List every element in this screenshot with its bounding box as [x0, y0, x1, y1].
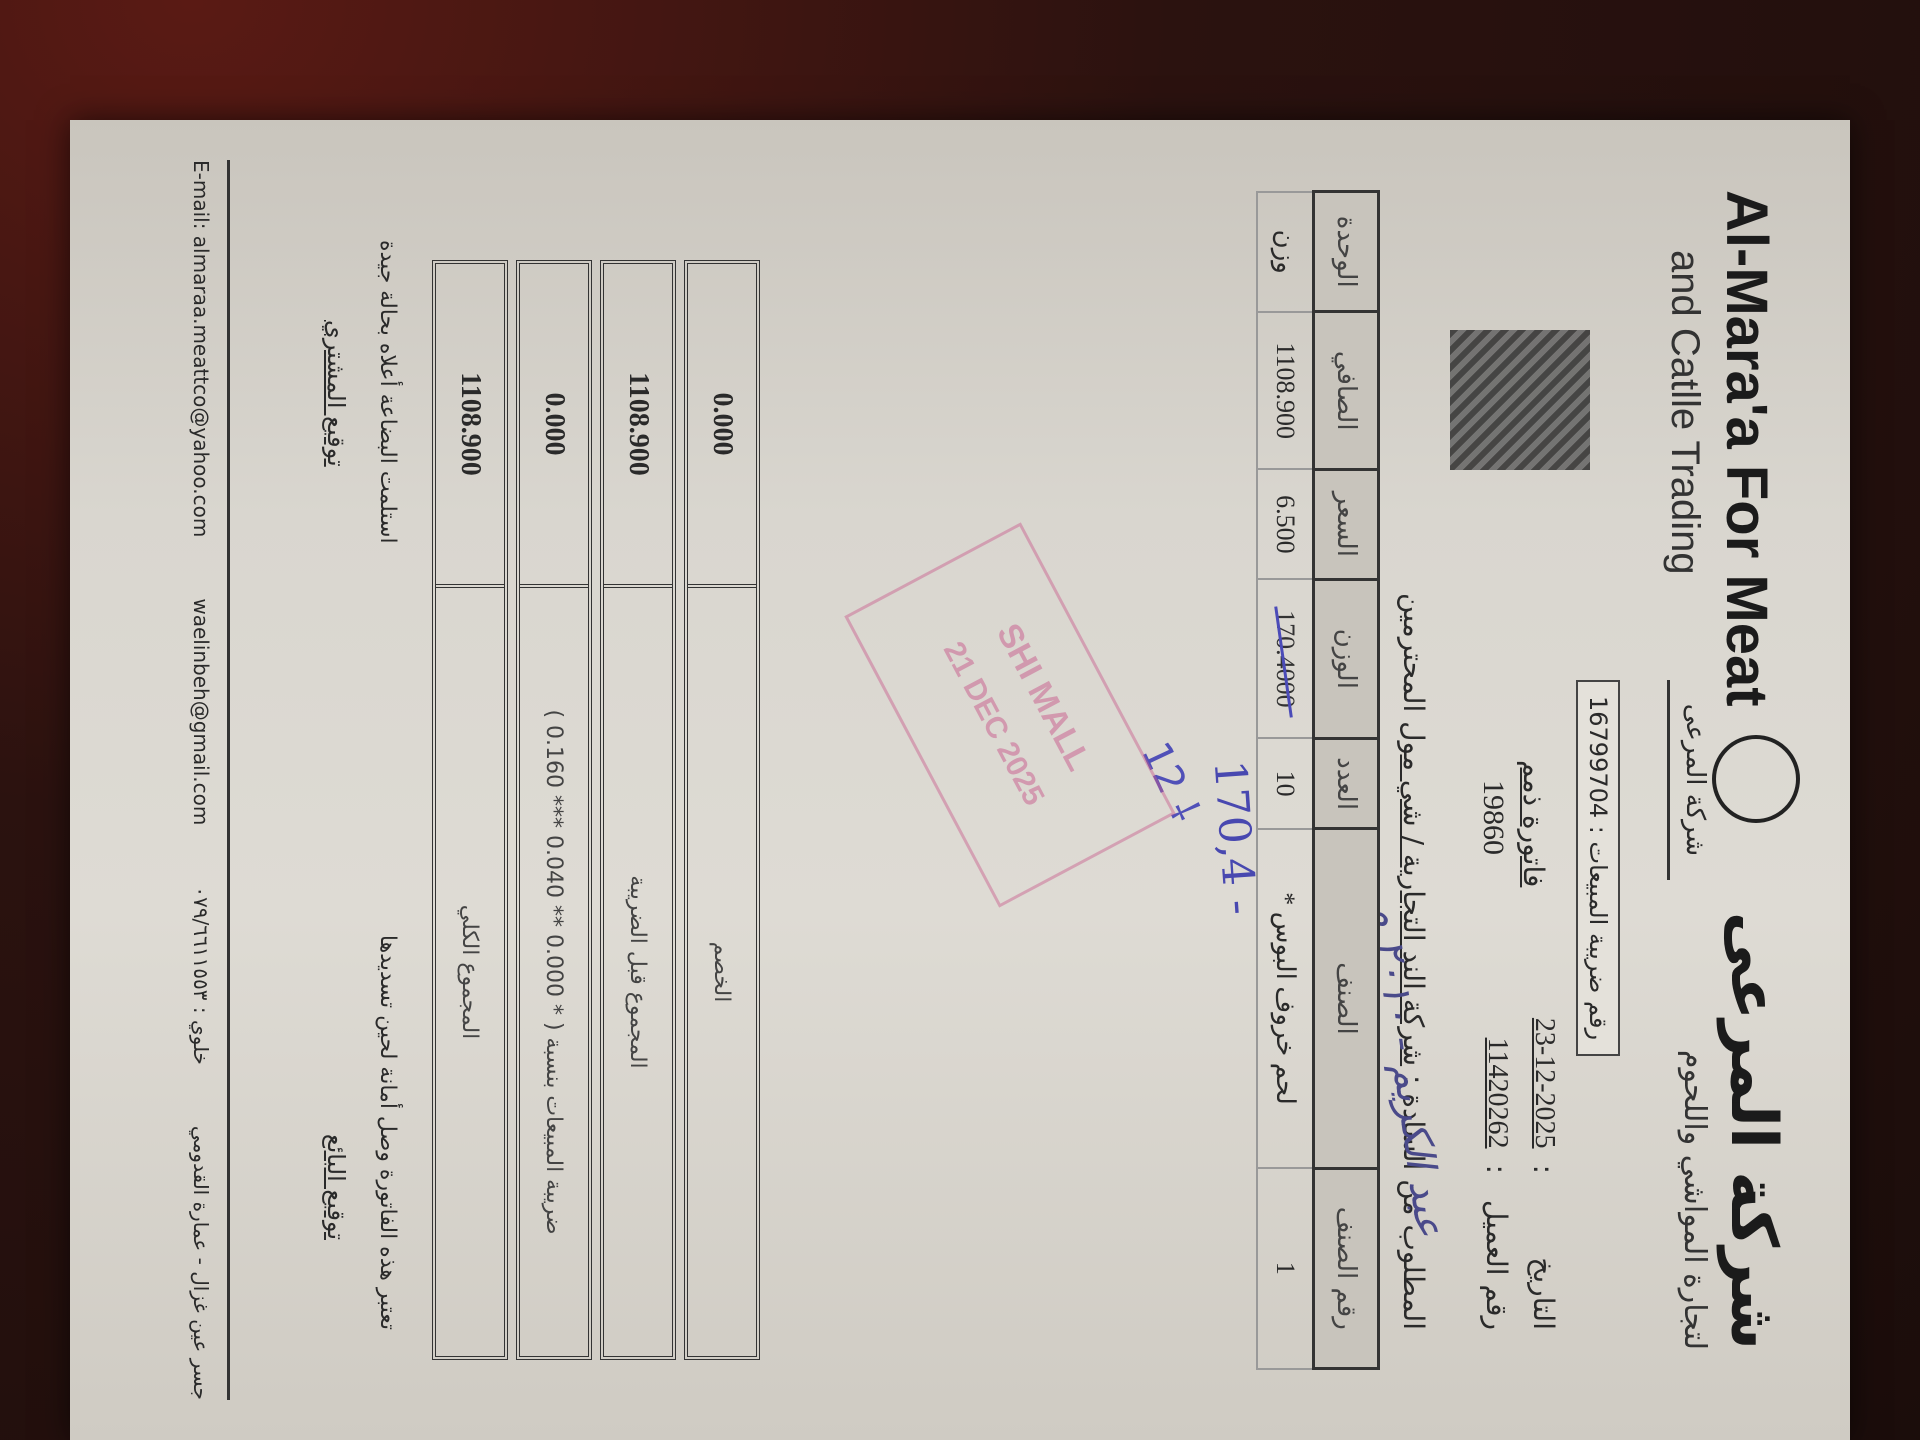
billed-to-suffix: المحترمين	[1397, 593, 1430, 712]
total-value: 0.000	[706, 264, 738, 584]
col-item: الصنف	[1314, 829, 1379, 1168]
company-name-en: Al-Mara'a For Meat and Catlle Trading	[1662, 190, 1780, 707]
col-count: العدد	[1314, 738, 1379, 829]
date-label: التاريخ	[1527, 1190, 1560, 1330]
total-label: الخصم	[688, 584, 756, 1356]
table-row: 1 لحم خروف البوس * 10 170.4000 6.500 110…	[1257, 192, 1314, 1369]
footer-phone: خلوي : ٠٧٩/٦٦١١٥٥٣	[189, 886, 213, 1065]
date-value: 23-12-2025	[1527, 1018, 1560, 1149]
cell-weight: 170.4000	[1257, 579, 1314, 738]
logo-text: شركة المرعى	[1680, 700, 1710, 860]
cell-count: 10	[1257, 738, 1314, 829]
received-note: استلمت البضاعة أعلاه بحالة جيدة	[375, 240, 400, 544]
seller-signature: توقيع البائع	[322, 1134, 350, 1240]
qr-code	[1450, 330, 1590, 470]
total-label: ضريبة المبيعات بنسبة ( * 0.000 ** 0.040 …	[520, 584, 588, 1356]
date-row: التاريخ : 23-12-2025	[1527, 1018, 1560, 1330]
col-price: السعر	[1314, 469, 1379, 579]
cell-unit: وزن	[1257, 192, 1314, 312]
tax-number: 16799704	[1584, 696, 1612, 818]
tax-number-box: رقم ضريبة المبيعات : 16799704	[1576, 680, 1620, 1056]
cell-net: 1108.900	[1257, 312, 1314, 469]
total-row-discount: الخصم 0.000	[684, 260, 760, 1360]
items-table: رقم الصنف الصنف العدد الوزن السعر الصافي…	[1256, 190, 1380, 1370]
received-stamp: SHI MALL 21 DEC 2025	[844, 522, 1176, 907]
total-row-grand: المجموع الكلي 1108.900	[432, 260, 508, 1360]
invoice-number: 19860	[1476, 780, 1510, 855]
cell-item-no: 1	[1257, 1168, 1314, 1368]
total-value: 1108.900	[454, 264, 486, 584]
footer-email1: E-mail: almaraa.meattco@yahoo.com	[189, 160, 213, 537]
footer-email2: waelinbeh@gmail.com	[189, 598, 213, 825]
buyer-signature: توقيع المشتري	[322, 320, 350, 467]
col-net: الصافي	[1314, 312, 1379, 469]
customer-no-label: رقم العميل	[1480, 1190, 1513, 1330]
total-row-tax: ضريبة المبيعات بنسبة ( * 0.000 ** 0.040 …	[516, 260, 592, 1360]
company-name-ar-title: شركة المرعى	[1716, 912, 1790, 1350]
logo-emblem-icon	[1712, 735, 1800, 823]
handwritten-weight: 170,4 -	[1204, 758, 1266, 916]
colon: :	[1527, 1165, 1560, 1174]
col-unit: الوحدة	[1314, 192, 1379, 312]
company-logo: شركة المرعى	[1640, 680, 1800, 880]
company-subtitle-ar: لتجارة المواشي واللحوم	[1677, 912, 1712, 1350]
items-header-row: رقم الصنف الصنف العدد الوزن السعر الصافي…	[1314, 192, 1379, 1369]
invoice-note: تعتبر هذه الفاتورة وصل أمانة لحين تسديده…	[375, 935, 400, 1330]
customer-no-row: رقم العميل : 11420262	[1480, 1018, 1513, 1330]
invoice-meta: التاريخ : 23-12-2025 رقم العميل : 114202…	[1466, 1018, 1560, 1330]
totals-box: الخصم 0.000 المجموع قبل الضريبة 1108.900…	[424, 260, 760, 1360]
total-value: 1108.900	[622, 264, 654, 584]
total-label: المجموع قبل الضريبة	[604, 584, 672, 1356]
logo-divider	[1667, 680, 1670, 880]
company-name-ar: شركة المرعى لتجارة المواشي واللحوم	[1677, 912, 1790, 1350]
col-weight: الوزن	[1314, 579, 1379, 738]
company-name-en-line2: and Catlle Trading	[1662, 190, 1707, 707]
tax-number-label: رقم ضريبة المبيعات :	[1584, 826, 1612, 1040]
col-item-no: رقم الصنف	[1314, 1168, 1379, 1368]
invoice-paper: Al-Mara'a For Meat and Catlle Trading شر…	[70, 120, 1850, 1440]
total-value: 0.000	[538, 264, 570, 584]
customer-no-value: 11420262	[1480, 1038, 1513, 1149]
cell-price: 6.500	[1257, 469, 1314, 579]
total-row-subtotal: المجموع قبل الضريبة 1108.900	[600, 260, 676, 1360]
cell-item: لحم خروف البوس *	[1257, 829, 1314, 1168]
colon: :	[1480, 1165, 1513, 1174]
footer-address: جسر عين غزال - عمارة القدومي	[189, 1126, 213, 1400]
footer: E-mail: almaraa.meattco@yahoo.com waelin…	[189, 160, 230, 1400]
invoice-title: فاتورة ذمم	[1517, 760, 1550, 887]
company-name-en-line1: Al-Mara'a For Meat	[1713, 190, 1780, 707]
weight-struck: 170.4000	[1271, 610, 1300, 708]
total-label: المجموع الكلي	[436, 584, 504, 1356]
